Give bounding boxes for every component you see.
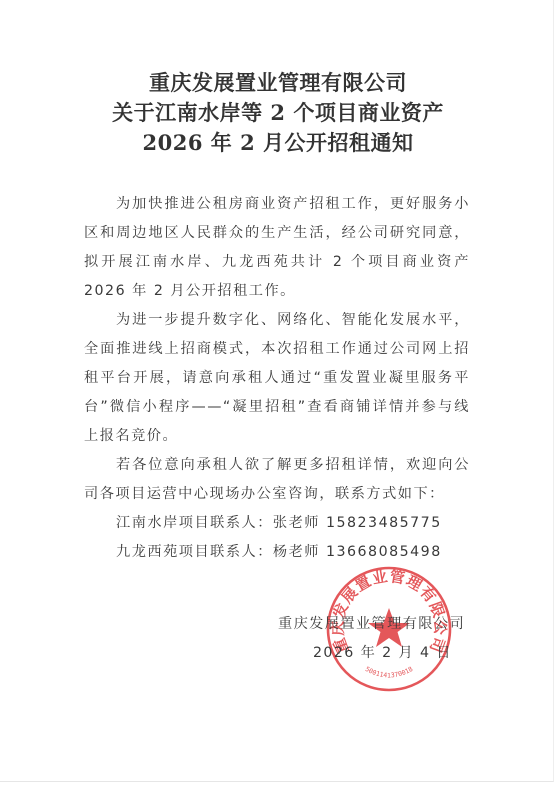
seal-number: 5001141370018 [364,665,415,679]
contact-jiulong: 九龙西苑项目联系人：杨老师 13668085498 [84,538,470,567]
title-line-1: 重庆发展置业管理有限公司 [0,70,556,96]
title-line-2: 关于江南水岸等 2 个项目商业资产 [0,100,556,126]
paragraph-1: 为加快推进公租房商业资产招租工作，更好服务小区和周边地区人民群众的生产生活，经公… [84,190,470,306]
title-line-3: 2026 年 2 月公开招租通知 [0,130,556,156]
document-page: 重庆发展置业管理有限公司 关于江南水岸等 2 个项目商业资产 2026 年 2 … [0,0,554,782]
paragraph-2: 为进一步提升数字化、网络化、智能化发展水平，全面推进线上招商模式，本次招租工作通… [84,306,470,451]
notice-body: 为加快推进公租房商业资产招租工作，更好服务小区和周边地区人民群众的生产生活，经公… [84,190,470,567]
svg-text:5001141370018: 5001141370018 [364,665,415,679]
contact-jiangnan: 江南水岸项目联系人：张老师 15823485775 [84,509,470,538]
signature-date: 2026 年 2 月 4 日 [313,642,452,662]
paragraph-3: 若各位意向承租人欲了解更多招租详情，欢迎向公司各项目运营中心现场办公室咨询，联系… [84,451,470,509]
signature-company: 重庆发展置业管理有限公司 [278,613,465,633]
